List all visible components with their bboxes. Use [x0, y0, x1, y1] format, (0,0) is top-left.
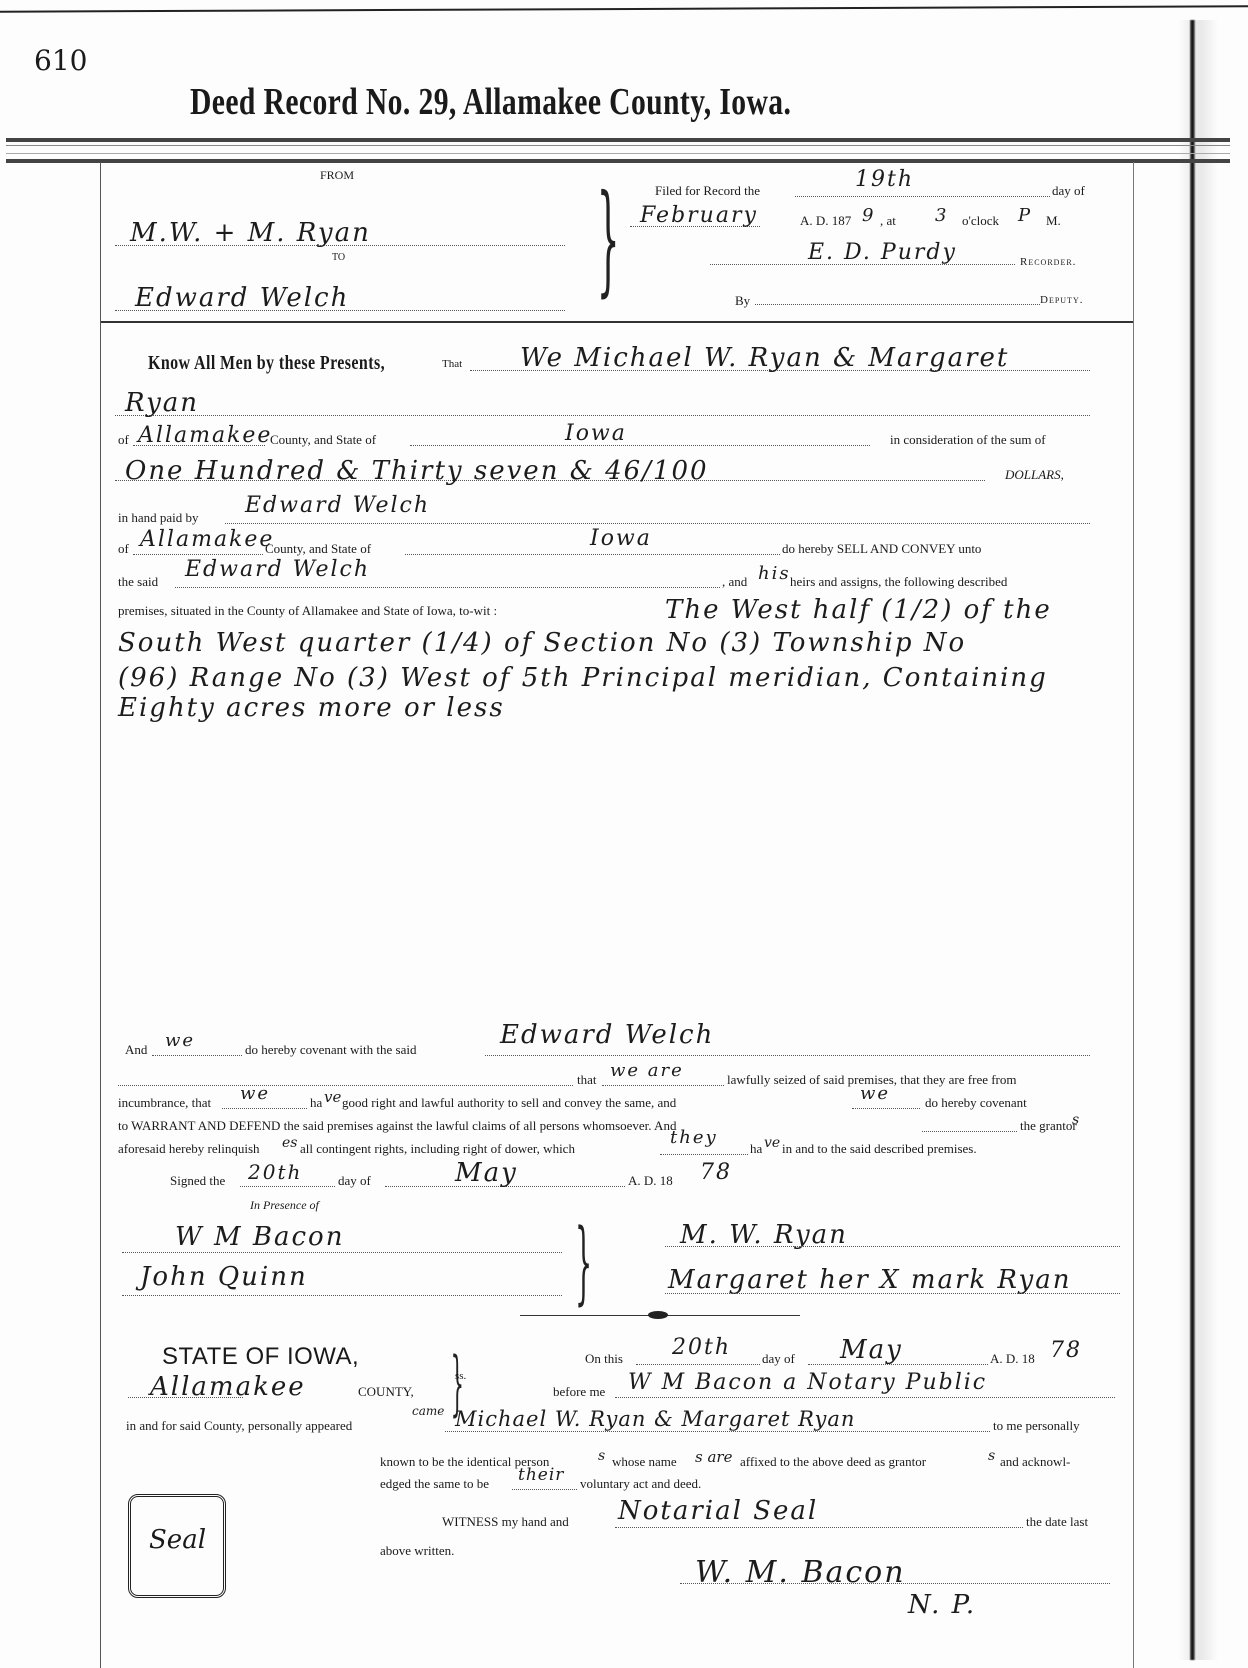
above-written-label: above written. [380, 1543, 454, 1559]
ack-month: May [840, 1335, 903, 1365]
deputy-line [755, 304, 1040, 305]
county-fill: Allamakee [150, 1372, 306, 1402]
notary-signature: W. M. Bacon [695, 1555, 906, 1590]
deputy-label: Deputy. [1040, 294, 1083, 306]
filed-month: February [640, 203, 758, 228]
county-state-label-2: County, and State of [265, 541, 371, 557]
oclock-label: o'clock [962, 213, 999, 229]
grantee-name-line [175, 587, 720, 588]
seal-fill-line [615, 1527, 1023, 1528]
relinquish-fill: es [282, 1135, 297, 1151]
presence-label: In Presence of [250, 1198, 319, 1213]
grantor-line [115, 245, 565, 246]
grantee-state: Iowa [590, 526, 652, 551]
and-label-cov: And [125, 1042, 147, 1058]
persons-fill: s [598, 1448, 605, 1464]
covenant-line-2 [118, 1085, 573, 1086]
filed-day-line [795, 196, 1050, 197]
dollars-label: DOLLARS, [1005, 467, 1064, 483]
notary-name: W M Bacon a Notary Public [628, 1370, 987, 1395]
ack-day: 20th [672, 1335, 731, 1360]
ss-label: ss. [455, 1370, 466, 1382]
grantor-state: Iowa [565, 421, 627, 446]
incumbrance-label: incumbrance, that [118, 1095, 211, 1111]
we2: we [240, 1083, 270, 1104]
ad-label-ack: A. D. 18 [990, 1351, 1035, 1367]
warrant-label: to WARRANT AND DEFEND the said premises … [118, 1118, 676, 1134]
grantor-state-line [410, 445, 870, 446]
witness-1: W M Bacon [175, 1222, 344, 1252]
paid-by-line [225, 523, 1090, 524]
we-are-line [602, 1085, 724, 1086]
affixed-label: affixed to the above deed as grantor [740, 1454, 926, 1470]
meridiem: P [1018, 205, 1032, 226]
know-all-heading: Know All Men by these Presents, [148, 352, 444, 375]
of-label-1: of [118, 432, 129, 448]
hereby-covenant-label: do hereby covenant [925, 1095, 1027, 1111]
county-label: COUNTY, [358, 1384, 414, 1400]
witness-2: John Quinn [140, 1262, 308, 1292]
aforesaid-label: aforesaid hereby relinquish [118, 1141, 260, 1157]
signed-day-line [240, 1186, 335, 1187]
sell-convey-label: do hereby SELL AND CONVEY unto [782, 541, 981, 557]
grantee-state-line [405, 554, 780, 555]
day-of-label-signed: day of [338, 1173, 371, 1189]
we3: we [860, 1083, 890, 1104]
header-rule-3 [6, 153, 1230, 154]
sum-words: One Hundred & Thirty seven & 46/100 [125, 456, 709, 486]
have-label: ha [750, 1141, 762, 1157]
covenant-with: Edward Welch [500, 1020, 714, 1050]
header-rule-2 [6, 145, 1230, 146]
header-rule-1 [6, 138, 1230, 142]
legal-description-line1: The West half (1/2) of the [665, 595, 1052, 625]
they-line [660, 1154, 748, 1155]
and-label: , and [722, 574, 747, 590]
appeared-names-line [445, 1431, 990, 1432]
on-this-label: On this [585, 1351, 623, 1367]
page-number: 610 [34, 44, 87, 77]
legal-description-line2: South West quarter (1/4) of Section No (… [118, 628, 966, 658]
came-fill: came [412, 1404, 444, 1418]
grantor-county: Allamakee [138, 423, 272, 448]
m-label: M. [1046, 213, 1061, 229]
filed-hour: 3 [935, 205, 948, 226]
at-label: , at [880, 213, 896, 229]
ad-label-signed: A. D. 18 [628, 1173, 673, 1189]
binding-shadow [1178, 20, 1218, 1660]
grantor-label: the grantor [1020, 1118, 1077, 1134]
binding-edge [1190, 20, 1195, 1660]
grantors-line2: Ryan [125, 388, 199, 418]
signed-year: 78 [700, 1160, 732, 1185]
top-edge-line [0, 5, 1248, 12]
notary-line [615, 1397, 1115, 1398]
appeared-label: in and for said County, personally appea… [126, 1418, 352, 1434]
state-label: STATE OF IOWA, [162, 1343, 359, 1371]
in-and-label: in and to the said described premises. [782, 1141, 977, 1157]
notary-signature-line [680, 1583, 1110, 1584]
header-separator [101, 321, 1133, 323]
heirs-label: heirs and assigns, the following describ… [790, 574, 1007, 590]
grantee-county-line [133, 554, 263, 555]
ack-year: 78 [1050, 1338, 1082, 1363]
that-label: That [442, 358, 462, 370]
recorder-name: E. D. Purdy [808, 240, 957, 265]
signed-day: 20th [248, 1160, 302, 1184]
we2-line [222, 1108, 307, 1109]
seal-fill: Notarial Seal [618, 1496, 818, 1526]
notary-seal-icon: Seal [128, 1494, 226, 1598]
grantors-line-2 [115, 415, 1090, 416]
seal-text: Seal [149, 1525, 206, 1555]
legal-description-line4: Eighty acres more or less [118, 693, 505, 723]
paid-by: Edward Welch [245, 493, 430, 518]
notary-title: N. P. [908, 1590, 976, 1620]
ornament-dot [648, 1311, 668, 1319]
covenant-with-line [485, 1055, 1090, 1056]
witness-2-line [122, 1295, 562, 1296]
grantee-line [115, 310, 565, 311]
pronoun: his [758, 563, 791, 584]
that-label-cov: that [577, 1072, 597, 1088]
header-rule-4 [6, 159, 1230, 163]
grantors-fill: s [988, 1448, 995, 1464]
paid-by-label: in hand paid by [118, 510, 199, 526]
edged-label: edged the same to be [380, 1476, 489, 1492]
recorder-label: Recorder. [1020, 256, 1076, 268]
premises-label: premises, situated in the County of Alla… [118, 603, 497, 619]
witness-brace: } [575, 1210, 592, 1315]
grantor-dots [922, 1131, 1017, 1132]
ha-label: ha [310, 1095, 322, 1111]
frame-left-border [100, 162, 101, 1668]
header-brace: } [597, 170, 620, 309]
covenant-label: do hereby covenant with the said [245, 1042, 416, 1058]
authority-label: good right and lawful authority to sell … [342, 1095, 676, 1111]
signer-2: Margaret her X mark Ryan [668, 1265, 1071, 1295]
filed-label: Filed for Record the [655, 183, 760, 199]
day-of-label: day of [1052, 183, 1085, 199]
grantors-line1: We Michael W. Ryan & Margaret [520, 343, 1009, 373]
have-fill: ve [764, 1135, 780, 1151]
ack-day-line [636, 1364, 760, 1365]
frame-right-border [1133, 162, 1134, 1668]
grantor-suffix: s [1072, 1112, 1079, 1128]
acknowl-label: and acknowl- [1000, 1454, 1070, 1470]
page-title: Deed Record No. 29, Allamakee County, Io… [190, 80, 791, 124]
county-state-label-1: County, and State of [270, 432, 376, 448]
voluntary-label: voluntary act and deed. [580, 1476, 701, 1492]
legal-description-line3: (96) Range No (3) West of 5th Principal … [118, 663, 1048, 693]
before-me-label: before me [553, 1384, 605, 1400]
appeared-names: Michael W. Ryan & Margaret Ryan [455, 1407, 855, 1431]
consideration-label: in consideration of the sum of [890, 432, 1046, 448]
the-said-label: the said [118, 574, 158, 590]
date-last-label: the date last [1026, 1514, 1088, 1530]
signer-2-line [665, 1293, 1120, 1294]
filed-year-digit: 9 [862, 205, 875, 226]
they: they [670, 1127, 718, 1148]
ha-fill: ve [324, 1088, 341, 1106]
their: their [518, 1465, 564, 1485]
grantee-county: Allamakee [140, 527, 274, 552]
witness-1-line [122, 1252, 562, 1253]
by-label: By [735, 293, 750, 309]
filed-day: 19th [855, 167, 914, 192]
from-label: FROM [320, 168, 354, 183]
know-all-text: Know All Men by these Presents, [148, 352, 385, 375]
signed-month: May [455, 1158, 518, 1188]
personally-label: to me personally [993, 1418, 1080, 1434]
names-fill: s are [695, 1448, 732, 1466]
their-line [512, 1489, 577, 1490]
of-label-2: of [118, 541, 129, 557]
we1: we [165, 1030, 195, 1051]
we3-line [852, 1108, 920, 1109]
signer-1-line [665, 1246, 1120, 1247]
we1-line [152, 1055, 242, 1056]
dower-label: all contingent rights, including right o… [300, 1141, 575, 1157]
signed-label: Signed the [170, 1173, 225, 1189]
day-of-label-ack: day of [762, 1351, 795, 1367]
ad-label: A. D. 187 [800, 213, 851, 229]
to-label: TO [332, 252, 345, 263]
grantee-name: Edward Welch [185, 557, 370, 582]
grantor-name: M.W. + M. Ryan [130, 218, 371, 248]
grantee-name: Edward Welch [135, 283, 349, 313]
witness-label: WITNESS my hand and [442, 1514, 569, 1530]
we-are: we are [610, 1060, 684, 1081]
whose-label: whose name [612, 1454, 677, 1470]
